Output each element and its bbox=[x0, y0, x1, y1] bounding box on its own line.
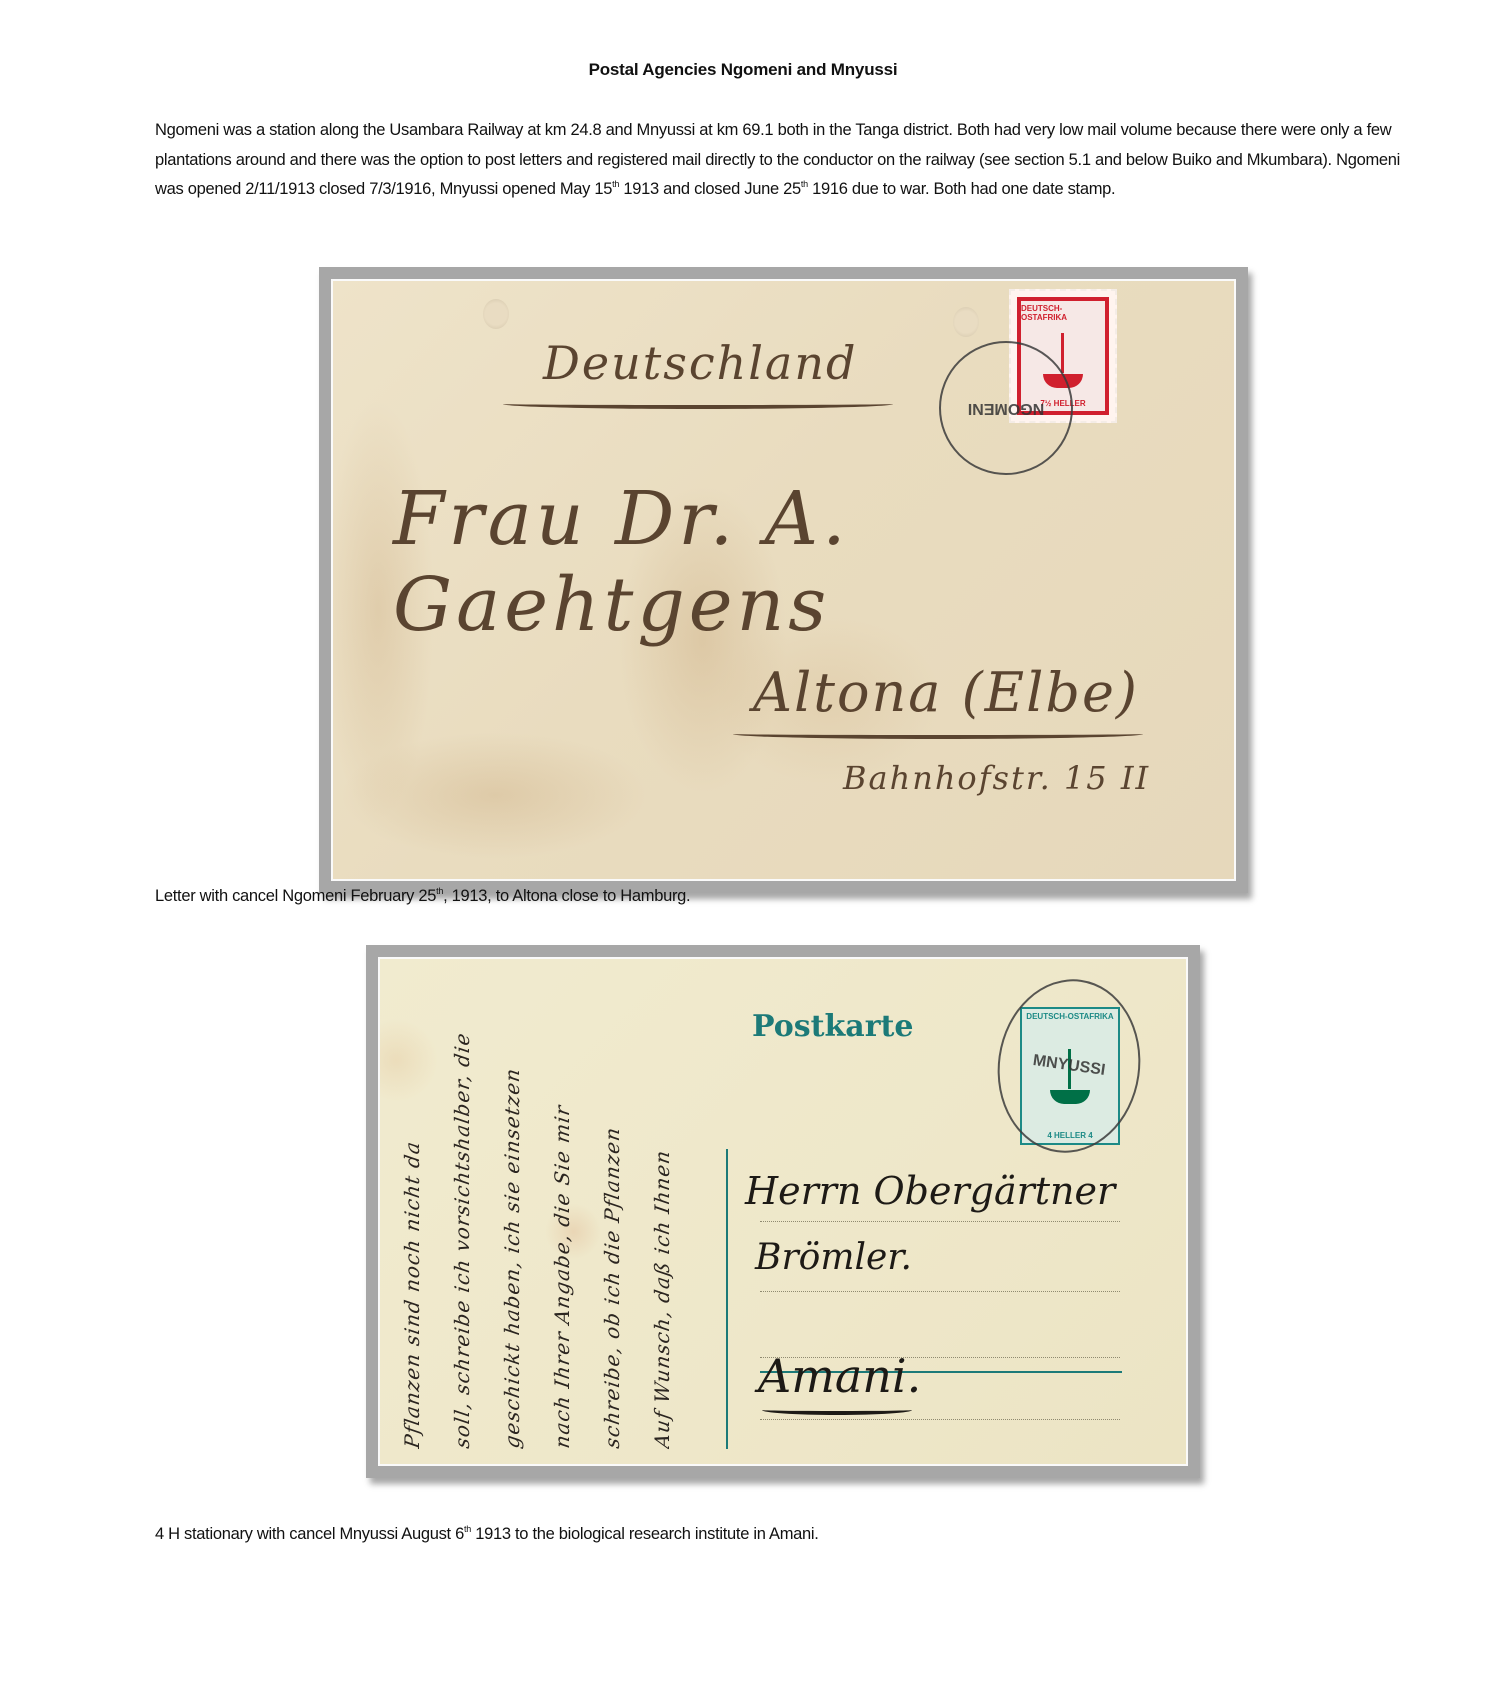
intro-sup-2: th bbox=[801, 179, 808, 189]
handwritten-destination: Amani. bbox=[758, 1349, 921, 1403]
underline-squiggle bbox=[733, 729, 1143, 739]
divider-line bbox=[726, 1149, 728, 1449]
message-column: Pflanzen sind noch nicht da bbox=[400, 986, 436, 1451]
address-line bbox=[760, 1221, 1120, 1222]
postcard-figure: Pflanzen sind noch nicht da soll, schrei… bbox=[366, 945, 1200, 1478]
message-column: geschickt haben, ich sie einsetzen bbox=[500, 986, 536, 1451]
cancel-postmark: MNYUSSI bbox=[987, 970, 1152, 1162]
handwritten-country: Deutschland bbox=[543, 336, 857, 390]
cancel-postmark: NGOMENI bbox=[939, 341, 1073, 475]
underline-squiggle bbox=[503, 399, 893, 409]
stamp-issuer: DEUTSCH-OSTAFRIKA bbox=[1021, 304, 1105, 322]
postcard-caption: 4 H stationary with cancel Mnyussi Augus… bbox=[155, 1525, 819, 1544]
handwritten-addressee-name: Brömler. bbox=[755, 1237, 912, 1278]
caption-text: , 1913, to Altona close to Hamburg. bbox=[443, 887, 690, 905]
postcard-image: Pflanzen sind noch nicht da soll, schrei… bbox=[378, 957, 1188, 1466]
printed-postkarte-label: Postkarte bbox=[752, 1009, 913, 1044]
handwritten-addressee: Frau Dr. A. Gaehtgens bbox=[393, 476, 1234, 648]
message-column: nach Ihrer Angabe, die Sie mir bbox=[550, 986, 586, 1451]
intro-paragraph: Ngomeni was a station along the Usambara… bbox=[155, 116, 1405, 205]
handwritten-message: Pflanzen sind noch nicht da soll, schrei… bbox=[400, 989, 710, 1449]
envelope-caption: Letter with cancel Ngomeni February 25th… bbox=[155, 887, 690, 906]
envelope-image: Deutschland Frau Dr. A. Gaehtgens Altona… bbox=[331, 279, 1236, 881]
message-column: soll, schreibe ich vorsichtshalber, die bbox=[450, 986, 486, 1451]
intro-text-2: 1913 and closed June 25 bbox=[619, 180, 801, 198]
caption-text: Letter with cancel Ngomeni February 25 bbox=[155, 887, 436, 905]
caption-sup: th bbox=[464, 1524, 471, 1534]
address-line bbox=[760, 1419, 1120, 1420]
punch-hole bbox=[483, 299, 509, 329]
punch-hole bbox=[953, 307, 979, 337]
page-title: Postal Agencies Ngomeni and Mnyussi bbox=[0, 60, 1486, 80]
cancel-place: NGOMENI bbox=[968, 399, 1044, 417]
underline-stroke bbox=[762, 1405, 912, 1415]
handwritten-city: Altona (Elbe) bbox=[753, 661, 1139, 724]
envelope-figure: Deutschland Frau Dr. A. Gaehtgens Altona… bbox=[319, 267, 1248, 893]
cancel-place: MNYUSSI bbox=[1032, 1052, 1107, 1080]
caption-text: 1913 to the biological research institut… bbox=[471, 1525, 819, 1543]
message-column: schreibe, ob ich die Pflanzen bbox=[600, 986, 636, 1451]
message-column: Auf Wunsch, daß ich Ihnen bbox=[650, 986, 686, 1451]
intro-text-3: 1916 due to war. Both had one date stamp… bbox=[808, 180, 1116, 198]
caption-text: 4 H stationary with cancel Mnyussi Augus… bbox=[155, 1525, 464, 1543]
address-line bbox=[760, 1291, 1120, 1292]
handwritten-street: Bahnhofstr. 15 II bbox=[843, 759, 1150, 797]
handwritten-addressee: Herrn Obergärtner bbox=[745, 1169, 1115, 1213]
